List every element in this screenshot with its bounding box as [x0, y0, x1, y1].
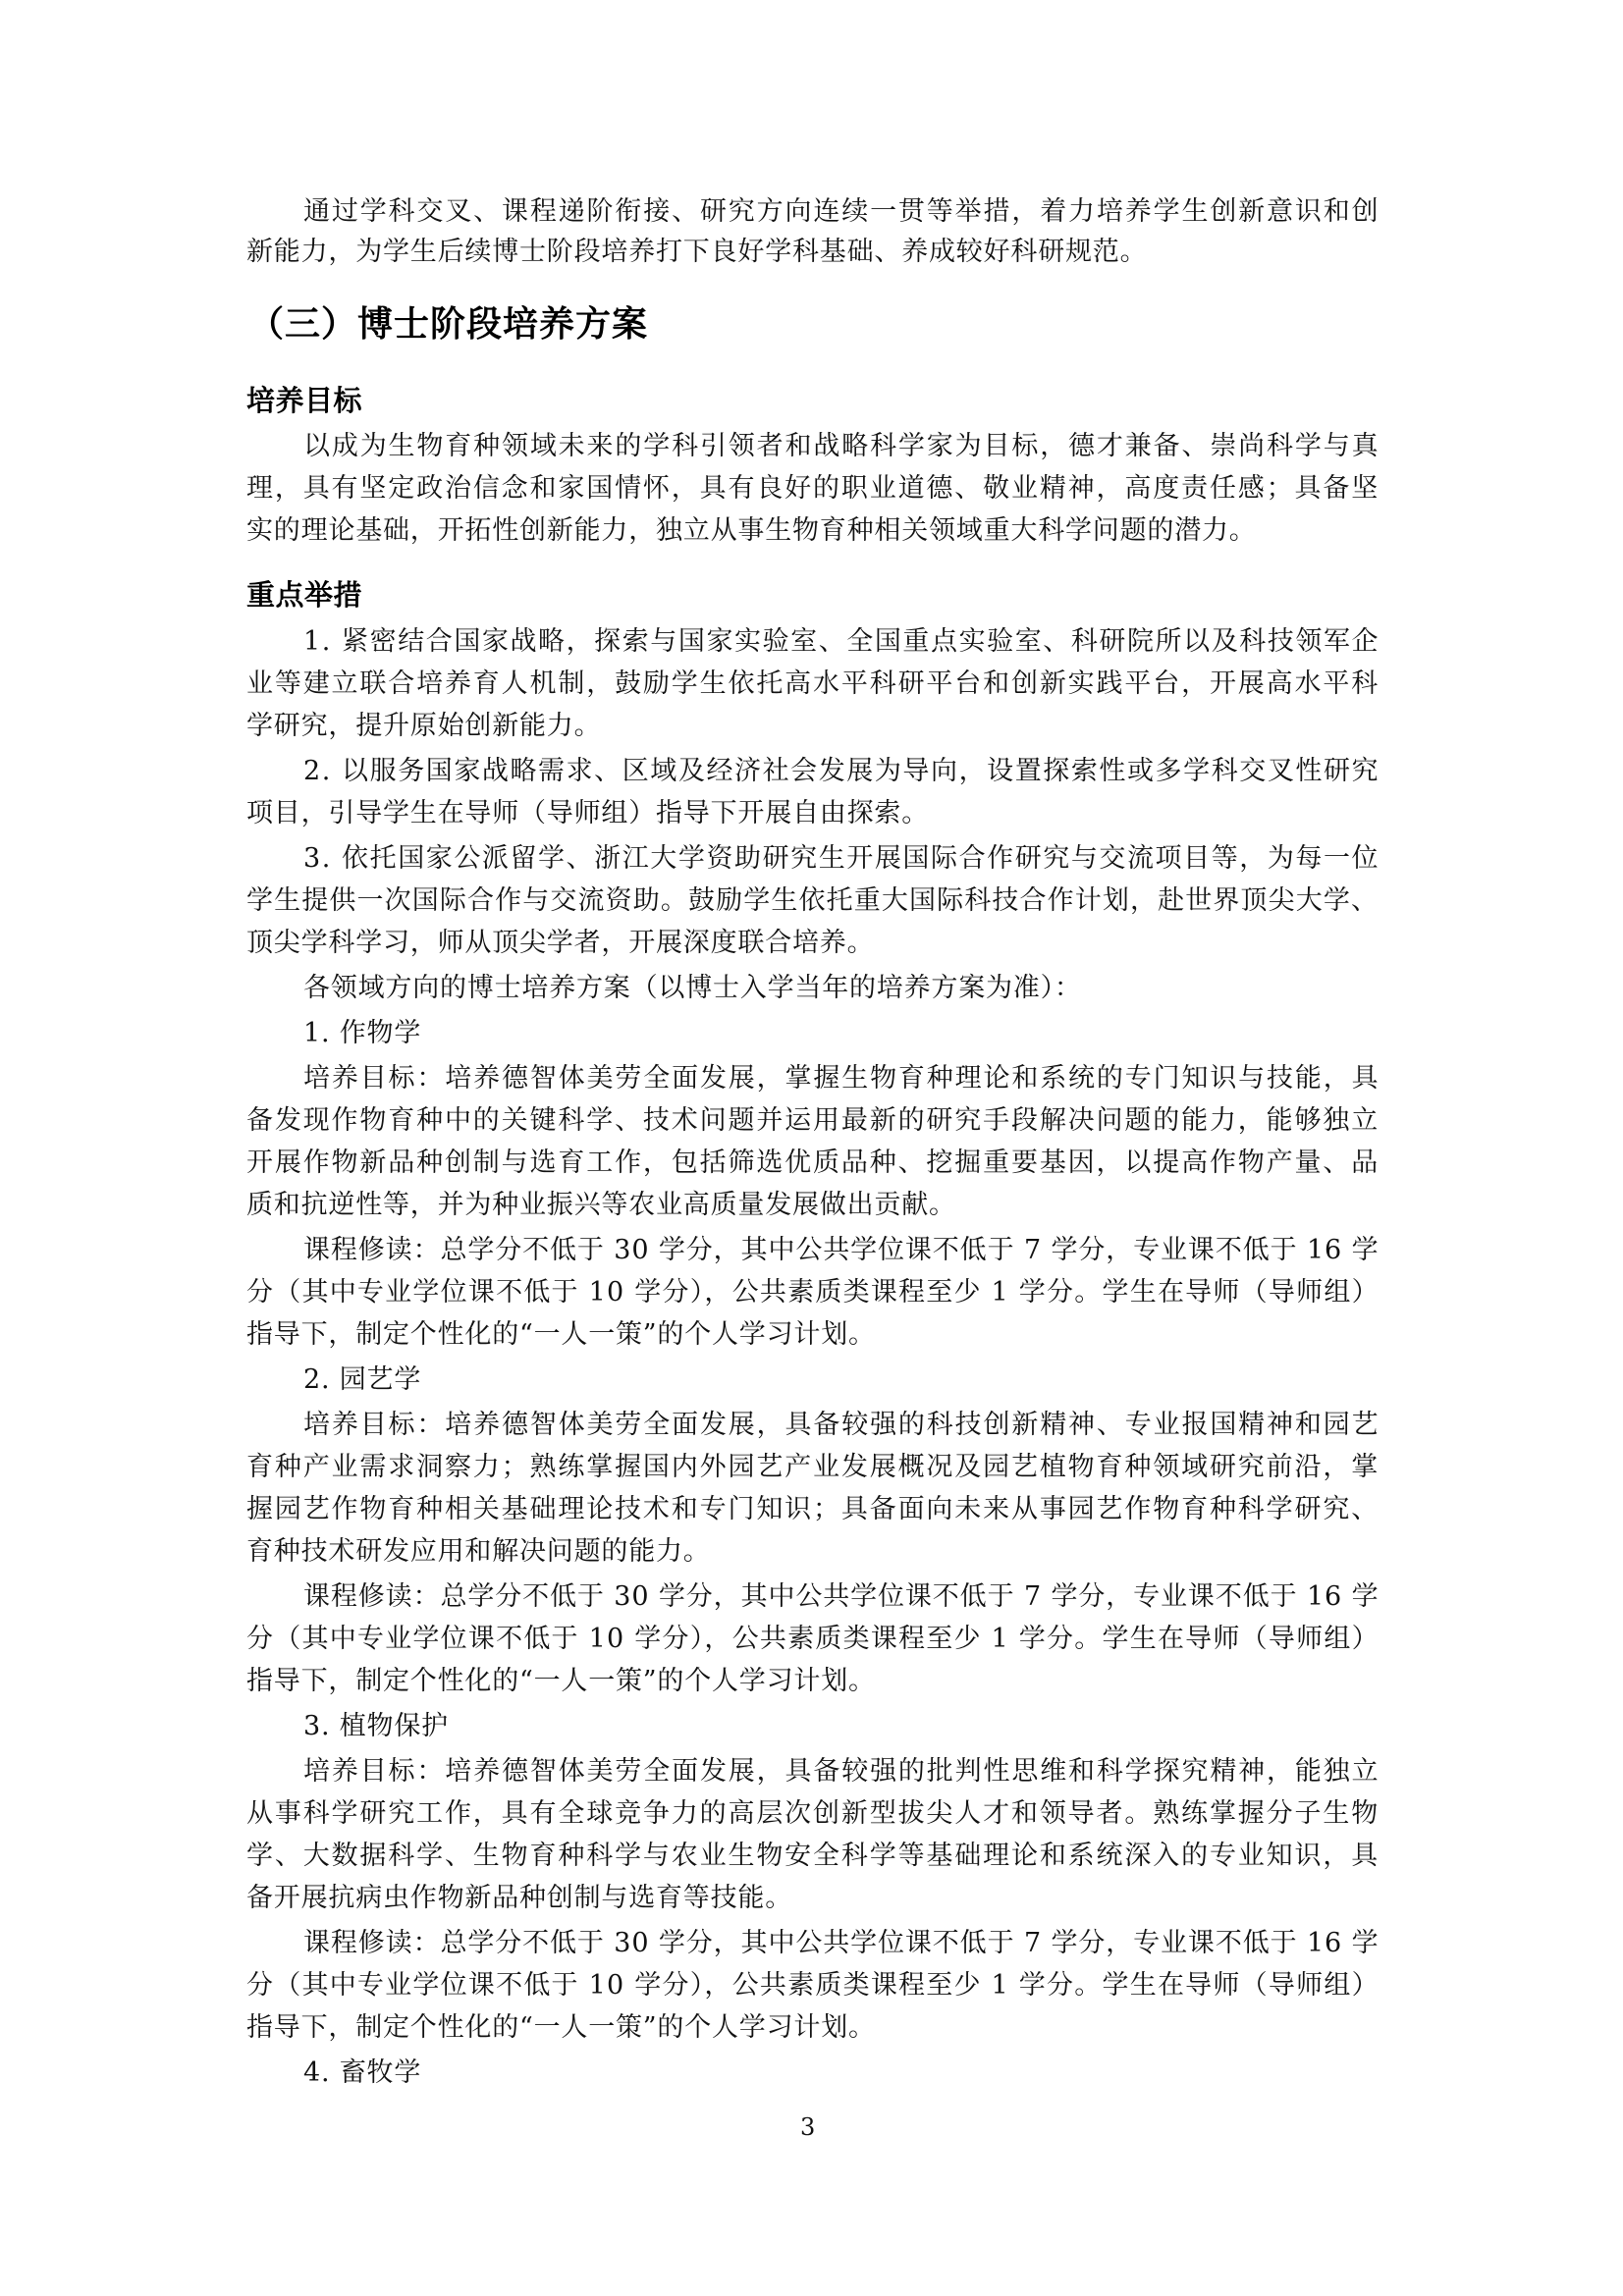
- program-goal-line: 培养目标：培养德智体美劳全面发展，具备较强的科技创新精神、专业报国精神和园艺: [303, 1408, 1380, 1443]
- program-goal-line: 育种产业需求洞察力；熟练掌握国内外园艺产业发展概况及园艺植物育种领域研究前沿，掌: [246, 1450, 1380, 1485]
- program-course-line: 分（其中专业学位课不低于 10 学分），公共素质类课程至少 1 学分。学生在导师…: [246, 1968, 1380, 2003]
- program-goal-line: 学、大数据科学、生物育种科学与农业生物安全科学等基础理论和系统深入的专业知识，具: [246, 1839, 1380, 1874]
- goal-line: 以成为生物育种领域未来的学科引领者和战略科学家为目标，德才兼备、崇尚科学与真: [303, 429, 1380, 464]
- programs-intro: 各领域方向的博士培养方案（以博士入学当年的培养方案为准）：: [303, 971, 1379, 1006]
- measure-line: 顶尖学科学习，师从顶尖学者，开展深度联合培养。: [246, 926, 1379, 961]
- measure-line: 学生提供一次国际合作与交流资助。鼓励学生依托重大国际科技合作计划，赴世界顶尖大学…: [246, 883, 1379, 919]
- program-course-line: 指导下，制定个性化的“一人一策”的个人学习计划。: [246, 2010, 1379, 2046]
- intro-line: 通过学科交叉、课程递阶衔接、研究方向连续一贯等举措，着力培养学生创新意识和创: [303, 194, 1380, 230]
- program-title: 4. 畜牧学: [303, 2056, 1379, 2091]
- program-title: 2. 园艺学: [303, 1362, 1379, 1398]
- program-goal-line: 从事科学研究工作，具有全球竞争力的高层次创新型拔尖人才和领导者。熟练掌握分子生物: [246, 1796, 1380, 1832]
- measure-line: 学研究，提升原始创新能力。: [246, 709, 1379, 744]
- program-course-line: 分（其中专业学位课不低于 10 学分），公共素质类课程至少 1 学分。学生在导师…: [246, 1275, 1380, 1310]
- program-goal-line: 培养目标：培养德智体美劳全面发展，掌握生物育种理论和系统的专门知识与技能，具: [303, 1061, 1380, 1096]
- page-number: 3: [800, 2112, 815, 2142]
- program-course-line: 指导下，制定个性化的“一人一策”的个人学习计划。: [246, 1664, 1379, 1699]
- program-goal-line: 培养目标：培养德智体美劳全面发展，具备较强的批判性思维和科学探究精神，能独立: [303, 1754, 1380, 1789]
- section-title: （三）博士阶段培养方案: [248, 303, 648, 347]
- program-course-line: 课程修读：总学分不低于 30 学分，其中公共学位课不低于 7 学分，专业课不低于…: [303, 1579, 1379, 1615]
- measure-line: 2. 以服务国家战略需求、区域及经济社会发展为导向，设置探索性或多学科交叉性研究: [303, 754, 1380, 789]
- program-course-line: 课程修读：总学分不低于 30 学分，其中公共学位课不低于 7 学分，专业课不低于…: [303, 1926, 1379, 1961]
- measure-line: 项目，引导学生在导师（导师组）指导下开展自由探索。: [246, 796, 1379, 831]
- program-goal-line: 备发现作物育种中的关键科学、技术问题并运用最新的研究手段解决问题的能力，能够独立: [246, 1103, 1380, 1139]
- measure-line: 1. 紧密结合国家战略，探索与国家实验室、全国重点实验室、科研院所以及科技领军企: [303, 624, 1380, 660]
- intro-line: 新能力，为学生后续博士阶段培养打下良好学科基础、养成较好科研规范。: [246, 235, 1379, 270]
- measure-line: 3. 依托国家公派留学、浙江大学资助研究生开展国际合作研究与交流项目等，为每一位: [303, 841, 1380, 877]
- goal-line: 实的理论基础，开拓性创新能力，独立从事生物育种相关领域重大科学问题的潜力。: [246, 513, 1379, 549]
- goal-line: 理，具有坚定政治信念和家国情怀，具有良好的职业道德、敬业精神，高度责任感；具备坚: [246, 471, 1380, 507]
- program-course-line: 课程修读：总学分不低于 30 学分，其中公共学位课不低于 7 学分，专业课不低于…: [303, 1233, 1379, 1268]
- program-title: 1. 作物学: [303, 1016, 1379, 1051]
- program-course-line: 指导下，制定个性化的“一人一策”的个人学习计划。: [246, 1317, 1379, 1353]
- document-page: 通过学科交叉、课程递阶衔接、研究方向连续一贯等举措，着力培养学生创新意识和创 新…: [0, 0, 1623, 2296]
- program-goal-line: 备开展抗病虫作物新品种创制与选育等技能。: [246, 1881, 1379, 1916]
- program-course-line: 分（其中专业学位课不低于 10 学分），公共素质类课程至少 1 学分。学生在导师…: [246, 1622, 1380, 1657]
- program-goal-line: 开展作物新品种创制与选育工作，包括筛选优质品种、挖掘重要基因，以提高作物产量、品: [246, 1146, 1380, 1181]
- measures-heading: 重点举措: [246, 577, 362, 613]
- program-goal-line: 质和抗逆性等，并为种业振兴等农业高质量发展做出贡献。: [246, 1188, 1379, 1223]
- measure-line: 业等建立联合培养育人机制，鼓励学生依托高水平科研平台和创新实践平台，开展高水平科: [246, 667, 1380, 702]
- goal-heading: 培养目标: [246, 383, 362, 418]
- program-title: 3. 植物保护: [303, 1709, 1379, 1744]
- program-goal-line: 握园艺作物育种相关基础理论技术和专门知识；具备面向未来从事园艺作物育种科学研究、: [246, 1492, 1380, 1527]
- program-goal-line: 育种技术研发应用和解决问题的能力。: [246, 1534, 1379, 1570]
